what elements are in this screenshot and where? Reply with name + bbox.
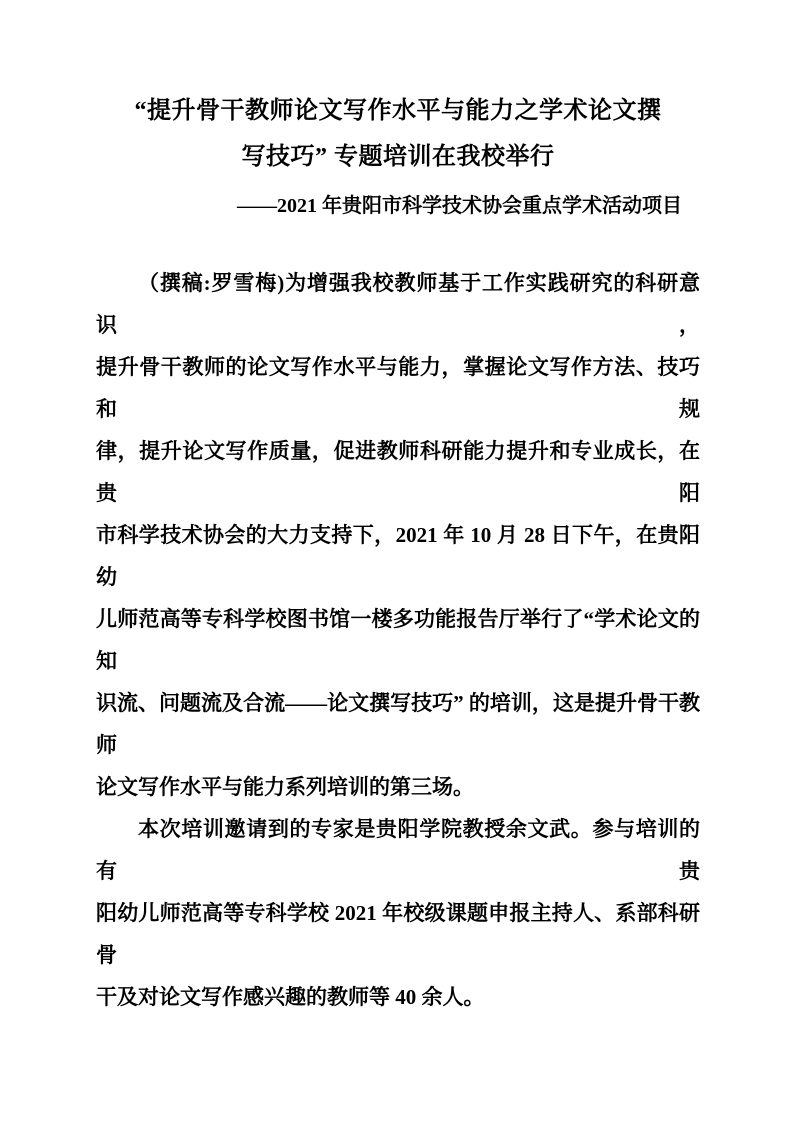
document-title: “提升骨干教师论文写作水平与能力之学术论文撰 写技巧” 专题培训在我校举行	[96, 88, 700, 180]
body-line: 本次培训邀请到的专家是贵阳学院教授余文武。参与培训的有贵	[96, 808, 700, 892]
document-subtitle: ——2021 年贵阳市科学技术协会重点学术活动项目	[96, 186, 700, 226]
title-line-2: 写技巧” 专题培训在我校举行	[96, 134, 700, 180]
document-page: “提升骨干教师论文写作水平与能力之学术论文撰 写技巧” 专题培训在我校举行 ——…	[0, 0, 793, 1122]
document-content: “提升骨干教师论文写作水平与能力之学术论文撰 写技巧” 专题培训在我校举行 ——…	[96, 88, 700, 1018]
body-line: 干及对论文写作感兴趣的教师等 40 余人。	[96, 976, 700, 1018]
body-line: 提升骨干教师的论文写作水平与能力，掌握论文写作方法、技巧和规	[96, 346, 700, 430]
body-line: 识流、问题流及合流——论文撰写技巧” 的培训，这是提升骨干教师	[96, 682, 700, 766]
document-body: （撰稿:罗雪梅)为增强我校教师基于工作实践研究的科研意识，提升骨干教师的论文写作…	[96, 262, 700, 1018]
paragraph: 本次培训邀请到的专家是贵阳学院教授余文武。参与培训的有贵阳幼儿师范高等专科学校 …	[96, 808, 700, 1018]
body-line: 阳幼儿师范高等专科学校 2021 年校级课题申报主持人、系部科研骨	[96, 892, 700, 976]
body-line: 市科学技术协会的大力支持下，2021 年 10 月 28 日下午，在贵阳幼	[96, 514, 700, 598]
body-line: 律，提升论文写作质量，促进教师科研能力提升和专业成长，在贵阳	[96, 430, 700, 514]
body-line: 论文写作水平与能力系列培训的第三场。	[96, 766, 700, 808]
body-line: （撰稿:罗雪梅)为增强我校教师基于工作实践研究的科研意识，	[96, 262, 700, 346]
paragraph: （撰稿:罗雪梅)为增强我校教师基于工作实践研究的科研意识，提升骨干教师的论文写作…	[96, 262, 700, 808]
title-line-1: “提升骨干教师论文写作水平与能力之学术论文撰	[96, 88, 700, 134]
body-line: 儿师范高等专科学校图书馆一楼多功能报告厅举行了“学术论文的知	[96, 598, 700, 682]
